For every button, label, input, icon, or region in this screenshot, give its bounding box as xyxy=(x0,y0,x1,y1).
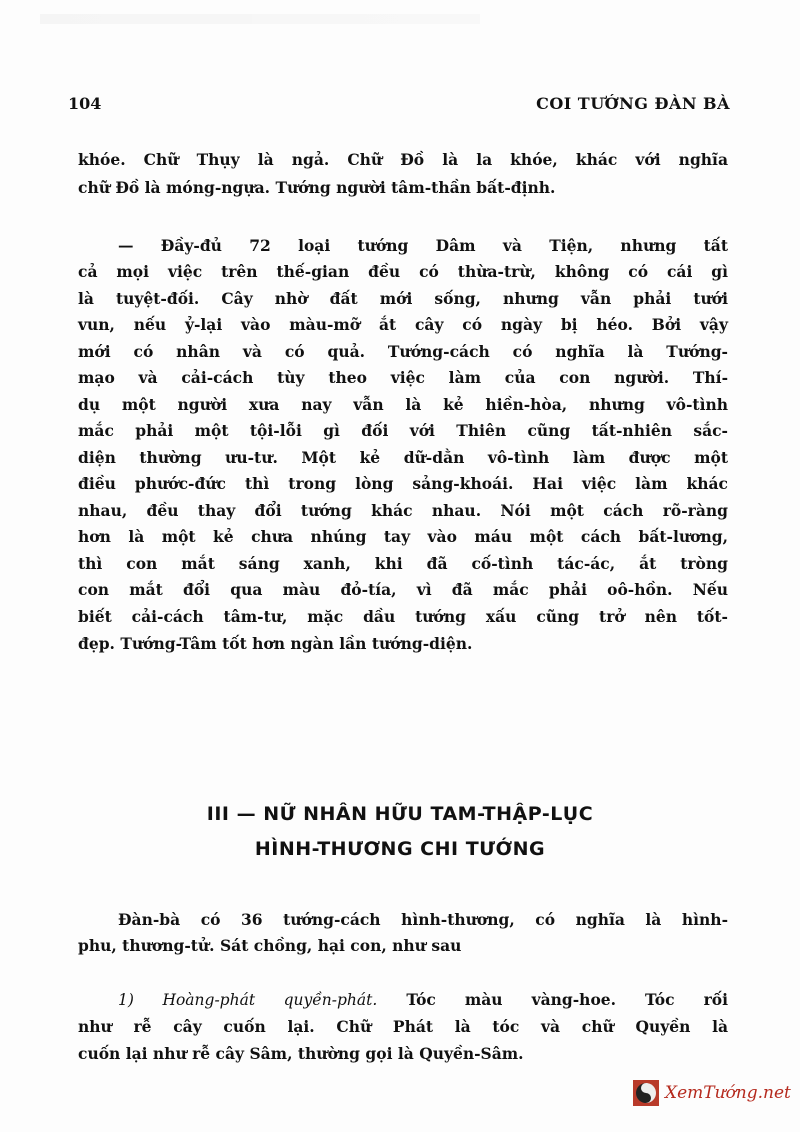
watermark-text: XemTướng.net xyxy=(665,1083,791,1103)
item-term: 1) Hoàng-phát quyền-phát. xyxy=(118,991,377,1009)
text-line: đẹp. Tướng-Tâm tốt hơn ngàn lần tướng-di… xyxy=(78,634,728,654)
text-line: cả mọi việc trên thế-gian đều có thừa-tr… xyxy=(78,262,728,282)
book-page: 104 COI TƯỚNG ĐÀN BÀ khóe. Chữ Thụy là n… xyxy=(0,0,800,1132)
list-item-line: 1) Hoàng-phát quyền-phát. Tóc màu vàng-h… xyxy=(118,990,728,1010)
text-line: như rễ cây cuốn lại. Chữ Phát là tóc và … xyxy=(78,1017,728,1037)
text-line: nhau, đều thay đổi tướng khác nhau. Nói … xyxy=(78,501,728,521)
text-line: Đàn-bà có 36 tướng-cách hình-thương, có … xyxy=(118,910,728,930)
text-line: là tuyệt-đối. Cây nhờ đất mới sống, nhưn… xyxy=(78,289,728,309)
text-line: vun, nếu ỷ-lại vào màu-mỡ ắt cây có ngày… xyxy=(78,315,728,335)
running-title: COI TƯỚNG ĐÀN BÀ xyxy=(536,94,730,113)
bleed-through-text xyxy=(40,14,480,24)
text-line: chữ Đồ là móng-ngựa. Tướng người tâm-thầ… xyxy=(78,178,728,198)
text-line: mới có nhân và có quả. Tướng-cách có ngh… xyxy=(78,342,728,362)
section-heading-line1: III — NỮ NHÂN HỮU TAM-THẬP-LỤC xyxy=(0,803,800,825)
yin-yang-icon xyxy=(636,1083,656,1103)
text-line: hơn là một kẻ chưa nhúng tay vào máu một… xyxy=(78,527,728,547)
text-line: diện thường ưu-tư. Một kẻ dữ-dằn vô-tình… xyxy=(78,448,728,468)
text-line: thì con mắt sáng xanh, khi đã cố-tình tá… xyxy=(78,554,728,574)
text-line: dụ một người xưa nay vẫn là kẻ hiền-hòa,… xyxy=(78,395,728,415)
item-text: Tóc màu vàng-hoe. Tóc rối xyxy=(406,990,728,1009)
text-line: — Đầy-đủ 72 loại tướng Dâm và Tiện, nhưn… xyxy=(118,236,728,256)
text-line: cuốn lại như rễ cây Sâm, thường gọi là Q… xyxy=(78,1044,728,1064)
watermark-logo: XemTướng.net xyxy=(633,1080,791,1106)
text-line: mạo và cải-cách tùy theo việc làm của co… xyxy=(78,368,728,388)
logo-badge xyxy=(633,1080,659,1106)
page-number: 104 xyxy=(68,94,101,113)
text-line: con mắt đổi qua màu đỏ-tía, vì đã mắc ph… xyxy=(78,580,728,600)
text-line: biết cải-cách tâm-tư, mặc dầu tướng xấu … xyxy=(78,607,728,627)
text-line: phu, thương-tử. Sát chồng, hại con, như … xyxy=(78,936,728,956)
text-line: mắc phải một tội-lỗi gì đối với Thiên cũ… xyxy=(78,421,728,441)
text-line: điều phước-đức thì trong lòng sảng-khoái… xyxy=(78,474,728,494)
section-heading-line2: HÌNH-THƯƠNG CHI TƯỚNG xyxy=(0,838,800,860)
text-line: khóe. Chữ Thụy là ngả. Chữ Đồ là la khóe… xyxy=(78,150,728,170)
